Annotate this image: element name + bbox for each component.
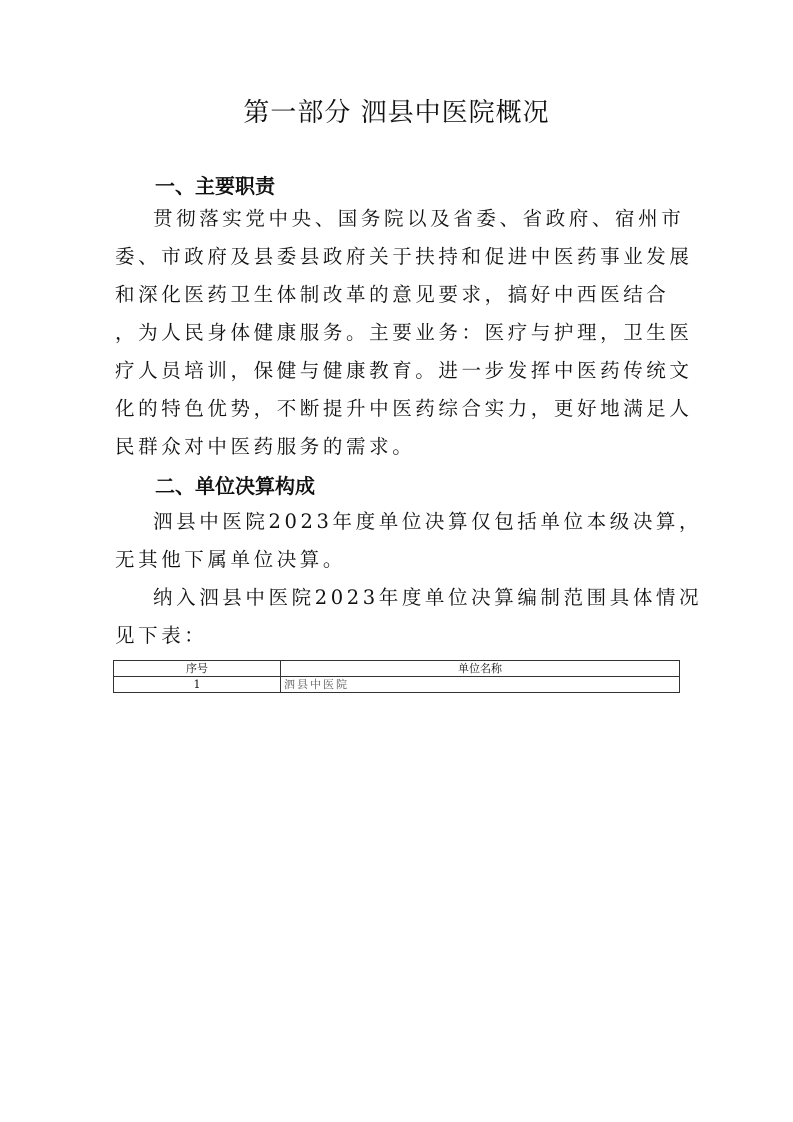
- text-line: 委、市政府及县委县政府关于扶持和促进中医药事业发展: [115, 238, 685, 276]
- section-heading-composition: 二、单位决算构成: [155, 470, 315, 499]
- text-line: 疗人员培训，保健与健康教育。进一步发挥中医药传统文: [115, 352, 685, 390]
- duties-paragraph: 贯彻落实党中央、国务院以及省委、省政府、宿州市 委、市政府及县委县政府关于扶持和…: [115, 200, 685, 466]
- section-heading-duties: 一、主要职责: [155, 170, 275, 199]
- composition-paragraph-1: 泗县中医院2023年度单位决算仅包括单位本级决算， 无其他下属单位决算。: [115, 503, 685, 579]
- text-line: 民群众对中医药服务的需求。: [115, 428, 685, 466]
- unit-table: 序号 单位名称 1 泗县中医院: [113, 660, 680, 693]
- text-line: 无其他下属单位决算。: [115, 541, 685, 579]
- text-line: ，为人民身体健康服务。主要业务：医疗与护理，卫生医: [115, 314, 685, 352]
- cell-index: 1: [114, 677, 281, 693]
- composition-paragraph-2: 纳入泗县中医院2023年度单位决算编制范围具体情况 见下表：: [115, 579, 685, 655]
- cell-unit-name: 泗县中医院: [281, 677, 680, 693]
- page-title: 第一部分 泗县中医院概况: [0, 92, 793, 129]
- column-header-index: 序号: [114, 661, 281, 677]
- table-header-row: 序号 单位名称: [114, 661, 680, 677]
- column-header-unit-name: 单位名称: [281, 661, 680, 677]
- text-line: 泗县中医院2023年度单位决算仅包括单位本级决算，: [115, 503, 685, 541]
- table-row: 1 泗县中医院: [114, 677, 680, 693]
- text-line: 见下表：: [115, 617, 685, 655]
- text-line: 和深化医药卫生体制改革的意见要求，搞好中西医结合: [115, 276, 685, 314]
- text-line: 纳入泗县中医院2023年度单位决算编制范围具体情况: [115, 579, 685, 617]
- text-line: 化的特色优势，不断提升中医药综合实力，更好地满足人: [115, 390, 685, 428]
- text-line: 贯彻落实党中央、国务院以及省委、省政府、宿州市: [115, 200, 685, 238]
